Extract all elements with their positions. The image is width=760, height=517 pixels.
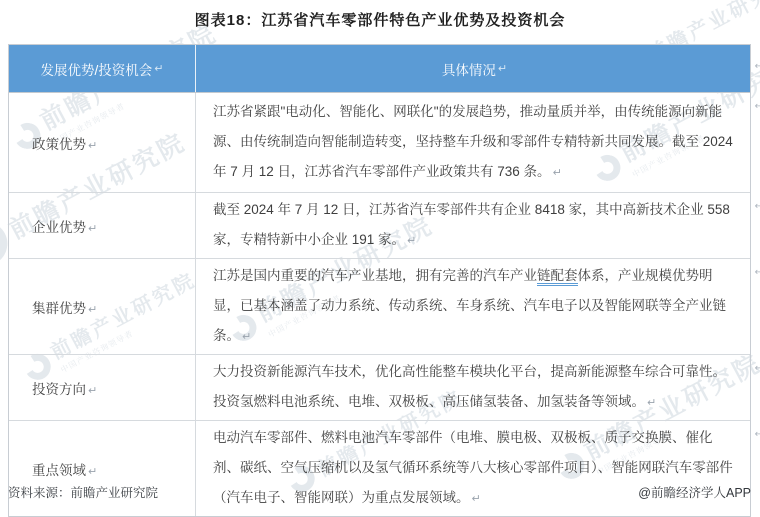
row-label-cell: 企业优势↵ <box>9 193 196 258</box>
row-label-cell: 政策优势↵ <box>9 93 196 192</box>
table-row: 重点领域↵ 电动汽车零部件、燃料电池汽车零部件（电堆、膜电极、双极板、质子交换膜… <box>9 421 750 516</box>
row-detail-cell: 江苏是国内重要的汽车产业基地，拥有完善的汽车产业链配套体系，产业规模优势明显，已… <box>196 259 750 354</box>
credit-note: @前瞻经济学人APP <box>638 483 751 501</box>
end-of-cell-mark: ↵ <box>88 140 97 152</box>
end-of-cell-mark: ↵ <box>88 223 97 235</box>
detail-segment: 截至 2024 年 7 月 12 日，江苏省汽车零部件共有企业 8418 家，其… <box>213 202 730 247</box>
row-detail-text: 江苏省紧跟"电动化、智能化、网联化"的发展趋势，推动量质并举，由传统能源向新能源… <box>213 97 736 188</box>
end-of-cell-mark: ↵ <box>407 235 416 247</box>
end-of-row-mark: ↵ <box>755 364 760 374</box>
end-of-cell-mark: ↵ <box>154 62 163 75</box>
end-of-cell-mark: ↵ <box>88 385 97 397</box>
row-label-cell: 集群优势↵ <box>9 259 196 354</box>
end-of-row-mark: ↵ <box>755 62 760 72</box>
table-row: 企业优势↵ 截至 2024 年 7 月 12 日，江苏省汽车零部件共有企业 84… <box>9 193 750 259</box>
row-detail-cell: 电动汽车零部件、燃料电池汽车零部件（电堆、膜电极、双极板、质子交换膜、催化剂、碳… <box>196 421 750 516</box>
detail-segment-underlined: 链配套 <box>537 268 578 286</box>
row-detail-cell: 大力投资新能源汽车技术，优化高性能整车模块化平台，提高新能源整车综合可靠性。投资… <box>196 355 750 420</box>
table-header-row: 发展优势/投资机会↵ 具体情况↵ ↵ <box>9 45 750 93</box>
end-of-cell-mark: ↵ <box>498 62 507 75</box>
end-of-cell-mark: ↵ <box>88 466 97 478</box>
end-of-cell-mark: ↵ <box>472 493 481 505</box>
table-row: 集群优势↵ 江苏是国内重要的汽车产业基地，拥有完善的汽车产业链配套体系，产业规模… <box>9 259 750 355</box>
header-label: 具体情况 <box>442 59 496 79</box>
row-label: 重点领域 <box>32 463 86 478</box>
row-detail-cell: 截至 2024 年 7 月 12 日，江苏省汽车零部件共有企业 8418 家，其… <box>196 193 750 258</box>
table: 发展优势/投资机会↵ 具体情况↵ ↵ 政策优势↵ 江苏省紧跟"电动化、智能化、网… <box>8 44 751 517</box>
row-label-cell: 重点领域↵ <box>9 421 196 516</box>
end-of-cell-mark: ↵ <box>88 304 97 316</box>
row-label: 集群优势 <box>32 301 86 316</box>
row-detail-text: 大力投资新能源汽车技术，优化高性能整车模块化平台，提高新能源整车综合可靠性。投资… <box>213 357 736 418</box>
header-cell-detail: 具体情况↵ <box>196 45 750 92</box>
row-label: 投资方向 <box>32 382 86 397</box>
end-of-row-mark: ↵ <box>755 102 760 112</box>
end-of-row-mark: ↵ <box>755 268 760 278</box>
end-of-cell-mark: ↵ <box>553 167 562 179</box>
row-label: 政策优势 <box>32 137 86 152</box>
end-of-row-mark: ↵ <box>755 430 760 440</box>
table-row: 政策优势↵ 江苏省紧跟"电动化、智能化、网联化"的发展趋势，推动量质并举，由传统… <box>9 93 750 193</box>
header-label: 发展优势/投资机会 <box>41 59 153 79</box>
end-of-cell-mark: ↵ <box>242 331 251 343</box>
source-note: 资料来源：前瞻产业研究院 <box>8 483 158 501</box>
table-row: 投资方向↵ 大力投资新能源汽车技术，优化高性能整车模块化平台，提高新能源整车综合… <box>9 355 750 421</box>
report-figure-page: 前瞻产业研究院 中国产业咨询领导者 前瞻产业研究院 中国产业咨询领导者 前瞻产业… <box>0 0 760 517</box>
row-detail-cell: 江苏省紧跟"电动化、智能化、网联化"的发展趋势，推动量质并举，由传统能源向新能源… <box>196 93 750 192</box>
end-of-cell-mark: ↵ <box>647 397 656 409</box>
detail-segment: 江苏省紧跟"电动化、智能化、网联化"的发展趋势，推动量质并举，由传统能源向新能源… <box>213 104 733 179</box>
end-of-row-mark: ↵ <box>755 202 760 212</box>
row-label: 企业优势 <box>32 220 86 235</box>
figure-title: 图表18：江苏省汽车零部件特色产业优势及投资机会 <box>0 9 760 30</box>
detail-segment: 江苏是国内重要的汽车产业基地，拥有完善的汽车产业 <box>213 268 537 283</box>
row-detail-text: 江苏是国内重要的汽车产业基地，拥有完善的汽车产业链配套体系，产业规模优势明显，已… <box>213 261 736 352</box>
header-cell-advantage: 发展优势/投资机会↵ <box>9 45 196 92</box>
row-label-cell: 投资方向↵ <box>9 355 196 420</box>
row-detail-text: 截至 2024 年 7 月 12 日，江苏省汽车零部件共有企业 8418 家，其… <box>213 195 736 256</box>
